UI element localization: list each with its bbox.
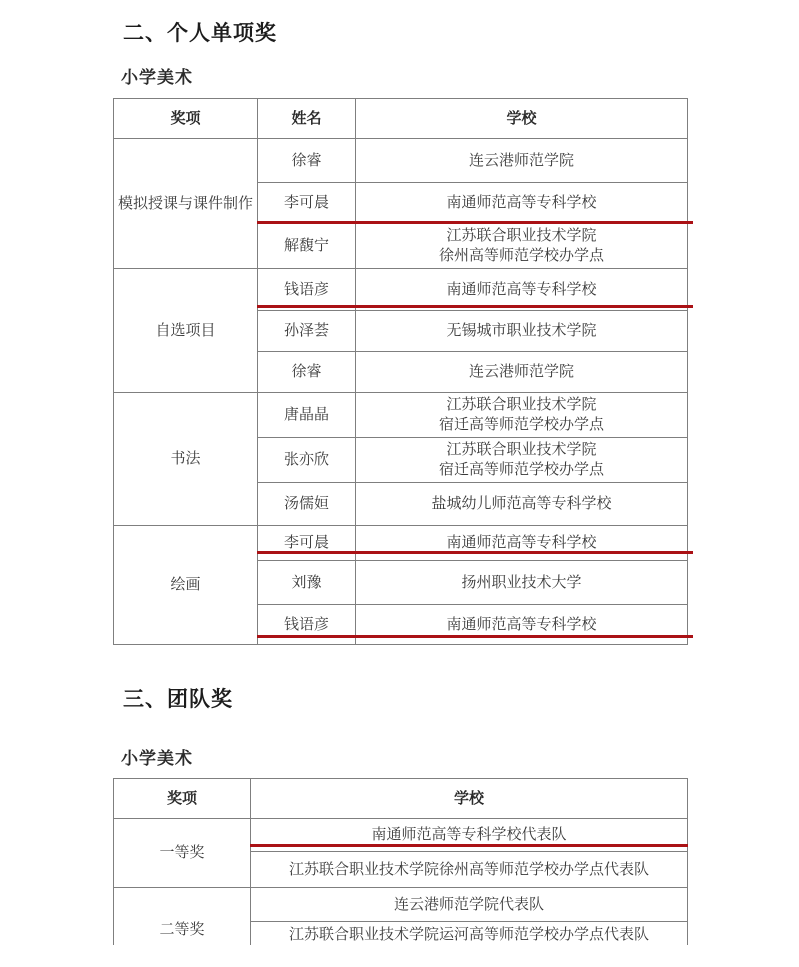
table-row: 绘画 李可晨 南通师范高等专科学校 [114, 526, 688, 561]
name-cell: 李可晨 [258, 183, 356, 224]
school-cell: 江苏联合职业技术学院 宿迁高等师范学校办学点 [356, 393, 688, 438]
award-cell: 模拟授课与课件制作 [114, 139, 258, 269]
team-awards-table: 奖项 学校 一等奖 南通师范高等专科学校代表队 江苏联合职业技术学院徐州高等师范… [113, 778, 688, 945]
name-cell: 钱语彦 [258, 269, 356, 311]
school-cell: 连云港师范学院 [356, 352, 688, 393]
name-cell: 徐睿 [258, 139, 356, 183]
team-awards-subject-subtitle: 小学美术 [121, 744, 193, 769]
table-header-row: 奖项 学校 [114, 779, 688, 819]
award-cell: 二等奖 [114, 888, 251, 946]
award-column-header: 奖项 [114, 779, 251, 819]
school-column-header: 学校 [251, 779, 688, 819]
school-cell: 江苏联合职业技术学院 宿迁高等师范学校办学点 [356, 438, 688, 483]
award-cell: 一等奖 [114, 819, 251, 888]
individual-awards-heading: 二、个人单项奖 [123, 17, 277, 47]
school-cell: 江苏联合职业技术学院运河高等师范学校办学点代表队 [251, 922, 688, 946]
school-cell: 江苏联合职业技术学院 徐州高等师范学校办学点 [356, 224, 688, 269]
school-cell: 无锡城市职业技术学院 [356, 311, 688, 352]
school-cell: 江苏联合职业技术学院徐州高等师范学校办学点代表队 [251, 852, 688, 888]
award-cell: 书法 [114, 393, 258, 526]
team-awards-heading: 三、团队奖 [123, 683, 233, 713]
school-cell: 南通师范高等专科学校 [356, 526, 688, 561]
individual-awards-subject-subtitle: 小学美术 [121, 63, 193, 88]
school-cell: 连云港师范学院 [356, 139, 688, 183]
table-row: 模拟授课与课件制作 徐睿 连云港师范学院 [114, 139, 688, 183]
school-cell: 南通师范高等专科学校 [356, 269, 688, 311]
school-cell: 南通师范高等专科学校代表队 [251, 819, 688, 852]
name-cell: 解馥宁 [258, 224, 356, 269]
name-column-header: 姓名 [258, 99, 356, 139]
school-cell: 南通师范高等专科学校 [356, 605, 688, 645]
table-row: 自选项目 钱语彦 南通师范高等专科学校 [114, 269, 688, 311]
school-cell: 扬州职业技术大学 [356, 561, 688, 605]
name-cell: 李可晨 [258, 526, 356, 561]
name-cell: 刘豫 [258, 561, 356, 605]
award-cell: 自选项目 [114, 269, 258, 393]
name-cell: 唐晶晶 [258, 393, 356, 438]
team-awards-table-wrapper: 奖项 学校 一等奖 南通师范高等专科学校代表队 江苏联合职业技术学院徐州高等师范… [113, 778, 688, 945]
name-cell: 孙泽荟 [258, 311, 356, 352]
name-cell: 徐睿 [258, 352, 356, 393]
award-cell: 绘画 [114, 526, 258, 645]
table-row: 二等奖 连云港师范学院代表队 [114, 888, 688, 922]
name-cell: 钱语彦 [258, 605, 356, 645]
school-cell: 连云港师范学院代表队 [251, 888, 688, 922]
document-page: { "colors": { "accent_red": "#aa1115", "… [0, 0, 799, 967]
school-cell: 南通师范高等专科学校 [356, 183, 688, 224]
name-cell: 张亦欣 [258, 438, 356, 483]
school-column-header: 学校 [356, 99, 688, 139]
school-cell: 盐城幼儿师范高等专科学校 [356, 483, 688, 526]
table-row: 书法 唐晶晶 江苏联合职业技术学院 宿迁高等师范学校办学点 [114, 393, 688, 438]
table-header-row: 奖项 姓名 学校 [114, 99, 688, 139]
award-column-header: 奖项 [114, 99, 258, 139]
individual-awards-table: 奖项 姓名 学校 模拟授课与课件制作 徐睿 连云港师范学院 李可晨 南通师范高等… [113, 98, 688, 645]
table-row: 一等奖 南通师范高等专科学校代表队 [114, 819, 688, 852]
name-cell: 汤儒姮 [258, 483, 356, 526]
individual-awards-table-wrapper: 奖项 姓名 学校 模拟授课与课件制作 徐睿 连云港师范学院 李可晨 南通师范高等… [113, 98, 688, 645]
